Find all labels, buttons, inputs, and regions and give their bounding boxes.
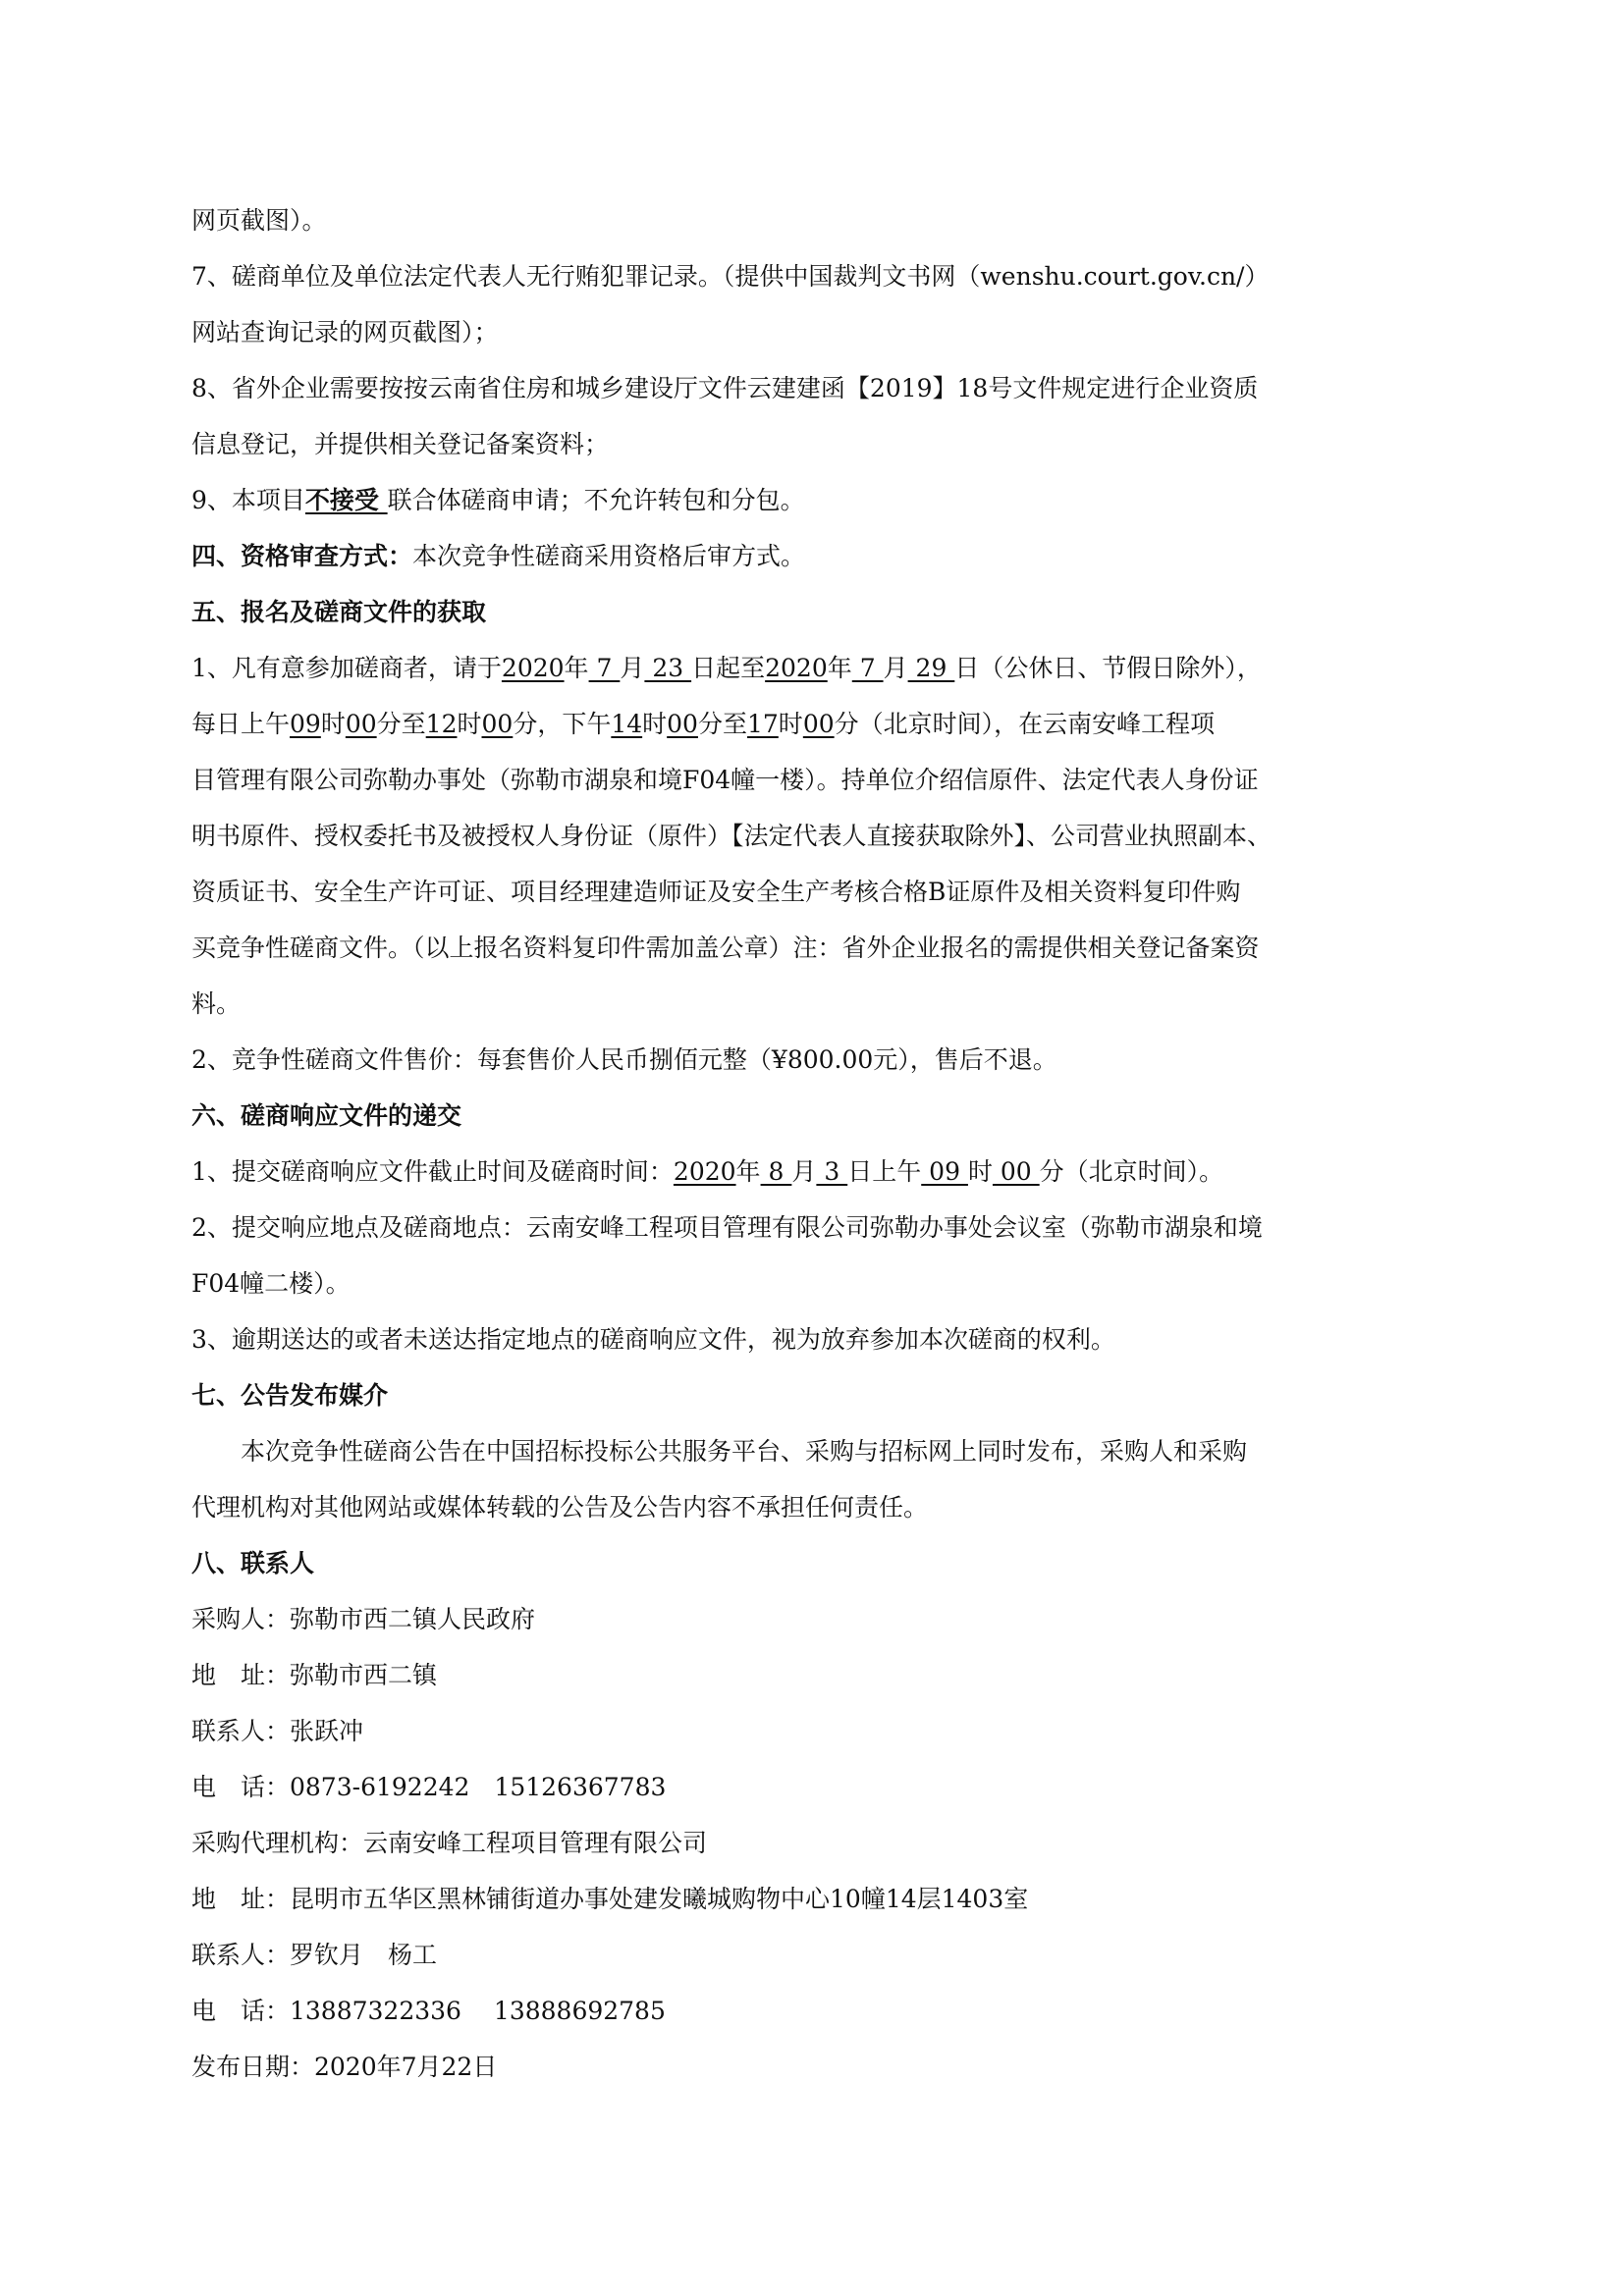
underlined-hour: 09 [921, 1157, 968, 1186]
text-line: F04幢二楼）。 [191, 1255, 1431, 1311]
section-8-heading: 八、联系人 [191, 1535, 1431, 1591]
underlined-minute: 00 [346, 710, 377, 738]
registration-time-line: 每日上午09时00分至12时00分，下午14时00分至17时00分（北京时间），… [191, 696, 1431, 752]
text-line: 2、提交响应地点及磋商地点：云南安峰工程项目管理有限公司弥勒办事处会议室（弥勒市… [191, 1200, 1431, 1255]
underlined-month: 7 [589, 654, 621, 682]
price-line: 2、竞争性磋商文件售价：每套售价人民币捌佰元整（¥800.00元），售后不退。 [191, 1032, 1431, 1088]
section-6-heading: 六、磋商响应文件的递交 [191, 1088, 1431, 1144]
underlined-hour: 09 [290, 710, 321, 738]
text-line: 网站查询记录的网页截图）； [191, 304, 1431, 360]
text-line: 3、逾期送达的或者未送达指定地点的磋商响应文件，视为放弃参加本次磋商的权利。 [191, 1311, 1431, 1367]
underlined-hour: 12 [426, 710, 458, 738]
purchaser-address-line: 地 址：弥勒市西二镇 [191, 1647, 1431, 1703]
text-span: 时 [457, 710, 481, 738]
text-line: 信息登记，并提供相关登记备案资料； [191, 416, 1431, 472]
text-span: 分至 [377, 710, 426, 738]
underlined-hour: 17 [747, 710, 779, 738]
agency-line: 采购代理机构：云南安峰工程项目管理有限公司 [191, 1815, 1431, 1871]
purchaser-line: 采购人：弥勒市西二镇人民政府 [191, 1591, 1431, 1647]
text-span: 时 [321, 710, 346, 738]
text-span: 分（北京时间）。 [1040, 1157, 1224, 1186]
text-span: 年 [736, 1157, 761, 1186]
underlined-minute: 00 [667, 710, 698, 738]
underlined-minute: 00 [482, 710, 514, 738]
agency-contact-line: 联系人：罗钦月 杨工 [191, 1927, 1431, 1983]
text-span: 时 [779, 710, 803, 738]
text-span: 日起至 [691, 654, 765, 682]
underlined-day: 23 [644, 654, 691, 682]
text-span: 分至 [698, 710, 747, 738]
underlined-month: 7 [852, 654, 884, 682]
item-9-line: 9、本项目不接受 联合体磋商申请；不允许转包和分包。 [191, 472, 1431, 528]
registration-date-line: 1、凡有意参加磋商者，请于2020年 7 月 23 日起至2020年 7 月 2… [191, 640, 1431, 696]
document-page: 网页截图）。 7、磋商单位及单位法定代表人无行贿犯罪记录。（提供中国裁判文书网（… [191, 192, 1431, 2095]
text-line: 料。 [191, 976, 1431, 1032]
text-span: 联合体磋商申请；不允许转包和分包。 [388, 486, 805, 514]
section-7-heading: 七、公告发布媒介 [191, 1367, 1431, 1423]
agency-phone-line: 电 话：13887322336 13888692785 [191, 1983, 1431, 2039]
text-span: 月 [620, 654, 644, 682]
section-5-heading: 五、报名及磋商文件的获取 [191, 584, 1431, 640]
section-heading-label: 四、资格审查方式： [191, 542, 412, 570]
underlined-year: 2020 [502, 654, 565, 682]
text-line: 网页截图）。 [191, 192, 1431, 248]
text-line: 本次竞争性磋商公告在中国招标投标公共服务平台、采购与招标网上同时发布，采购人和采… [191, 1423, 1431, 1479]
text-span: 9、本项目 [191, 486, 305, 514]
purchaser-phone-line: 电 话：0873-6192242 15126367783 [191, 1759, 1431, 1815]
underlined-day: 3 [816, 1157, 847, 1186]
text-line: 买竞争性磋商文件。（以上报名资料复印件需加盖公章）注：省外企业报名的需提供相关登… [191, 920, 1431, 976]
underlined-year: 2020 [765, 654, 828, 682]
text-span: 年 [565, 654, 589, 682]
text-line: 资质证书、安全生产许可证、项目经理建造师证及安全生产考核合格B证原件及相关资料复… [191, 864, 1431, 920]
text-span: 时 [642, 710, 667, 738]
text-span: 每日上午 [191, 710, 290, 738]
text-line: 明书原件、授权委托书及被授权人身份证（原件）【法定代表人直接获取除外】、公司营业… [191, 808, 1431, 864]
text-span: 分（北京时间），在云南安峰工程项 [835, 710, 1216, 738]
text-span: 月 [791, 1157, 816, 1186]
text-span: 月 [884, 654, 908, 682]
underlined-month: 8 [761, 1157, 792, 1186]
text-span: 1、凡有意参加磋商者，请于 [191, 654, 502, 682]
underlined-emphasis: 不接受 [305, 486, 388, 514]
underlined-minute: 00 [803, 710, 835, 738]
purchaser-contact-line: 联系人：张跃冲 [191, 1703, 1431, 1759]
text-span: 日（公休日、节假日除外）， [954, 654, 1262, 682]
text-span: 本次竞争性磋商采用资格后审方式。 [412, 542, 805, 570]
text-span: 年 [828, 654, 852, 682]
underlined-hour: 14 [611, 710, 642, 738]
deadline-line: 1、提交磋商响应文件截止时间及磋商时间：2020年 8 月 3 日上午 09 时… [191, 1144, 1431, 1200]
text-span: 时 [968, 1157, 993, 1186]
publish-date-line: 发布日期：2020年7月22日 [191, 2039, 1431, 2095]
text-line: 代理机构对其他网站或媒体转载的公告及公告内容不承担任何责任。 [191, 1479, 1431, 1535]
text-span: 分，下午 [513, 710, 611, 738]
text-span: 日上午 [847, 1157, 921, 1186]
section-4-heading: 四、资格审查方式：本次竞争性磋商采用资格后审方式。 [191, 528, 1431, 584]
item-7-line: 7、磋商单位及单位法定代表人无行贿犯罪记录。（提供中国裁判文书网（wenshu.… [191, 248, 1431, 304]
agency-address-line: 地 址：昆明市五华区黑林铺街道办事处建发曦城购物中心10幢14层1403室 [191, 1871, 1431, 1927]
text-line: 目管理有限公司弥勒办事处（弥勒市湖泉和境F04幢一楼）。持单位介绍信原件、法定代… [191, 752, 1431, 808]
text-span: 1、提交磋商响应文件截止时间及磋商时间： [191, 1157, 674, 1186]
underlined-minute: 00 [993, 1157, 1040, 1186]
underlined-day: 29 [908, 654, 955, 682]
item-8-line: 8、省外企业需要按按云南省住房和城乡建设厅文件云建建函【2019】18号文件规定… [191, 360, 1431, 416]
underlined-year: 2020 [674, 1157, 736, 1186]
